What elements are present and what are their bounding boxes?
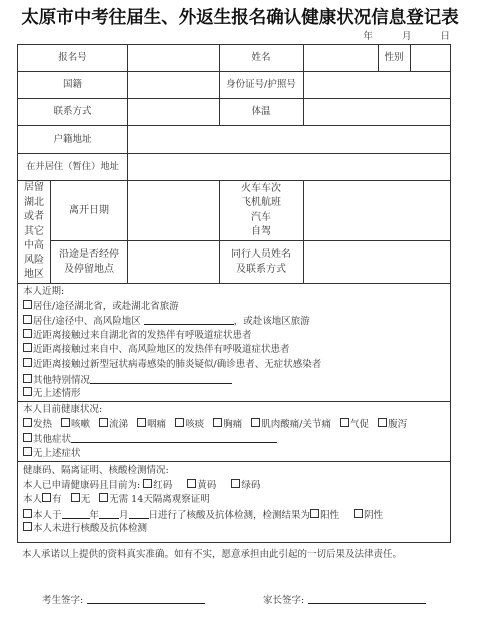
region-label-line: 居留	[24, 181, 44, 196]
isolation-prefix: 本人	[23, 494, 42, 505]
checkbox[interactable]	[23, 433, 32, 442]
isolation-none: 无	[81, 494, 91, 505]
isolation-not-needed: 无需	[109, 494, 128, 505]
code-red: 红码	[153, 480, 172, 491]
temperature-field[interactable]	[304, 99, 450, 125]
health-section: 本人目前健康状况: 发热 咳嗽 流涕 咽痛 咳痰 胸痛 肌肉酸痛/关节痛 气促 …	[23, 403, 407, 461]
departure-date-field[interactable]	[128, 181, 219, 240]
student-signature-label: 考生签字:	[42, 595, 83, 606]
result-negative: 阴性	[364, 510, 383, 521]
checkbox[interactable]	[99, 418, 108, 427]
region-label-line: 湖北	[24, 196, 44, 211]
transport-train: 火车车次	[241, 182, 281, 197]
label-reg-no: 报名号	[18, 45, 127, 71]
region-label-line: 地区	[24, 268, 44, 283]
recent-item: 近距离接触过来自中、高风险地区的发热伴有呼吸道症状患者	[33, 344, 290, 355]
no-test: 本人未进行核酸及抗体检测	[33, 523, 147, 534]
symptom-muscle-joint-pain: 肌肉酸痛/关节痛	[261, 419, 331, 430]
symptom-sore-throat: 咽痛	[147, 419, 166, 430]
nationality-field[interactable]	[128, 72, 219, 98]
registration-form: 报名号 姓名 性别 国籍 身份证号/护照号 联系方式 体温 户籍地址 在并居住（…	[17, 44, 451, 543]
label-temperature: 体温	[219, 99, 303, 125]
test-month-blank[interactable]	[99, 508, 119, 519]
form-title: 太原市中考往届生、外返生报名确认健康状况信息登记表	[0, 4, 480, 29]
symptom-chest-pain: 胸痛	[223, 419, 242, 430]
checkbox[interactable]	[213, 418, 222, 427]
checkbox[interactable]	[143, 479, 152, 488]
parent-signature-label: 家长签字:	[263, 595, 304, 606]
student-signature-line[interactable]	[87, 593, 205, 604]
result-positive: 阳性	[320, 510, 339, 521]
checkbox[interactable]	[187, 479, 196, 488]
gender-field[interactable]	[411, 45, 450, 71]
region-label-line: 或者	[24, 210, 44, 225]
date-year: 年	[363, 31, 373, 42]
checkbox[interactable]	[61, 418, 70, 427]
other-symptoms: 其他症状	[33, 434, 71, 445]
symptom-phlegm: 咳痰	[185, 419, 204, 430]
label-id-passport: 身份证号/护照号	[219, 72, 303, 98]
symptom-fever: 发热	[33, 419, 52, 430]
checkbox[interactable]	[23, 387, 32, 396]
checkbox[interactable]	[23, 418, 32, 427]
pledge-text: 本人承诺以上提供的资料真实准确。如有不实，愿意承担由此引起的一切后果及法律责任。	[22, 546, 402, 560]
test-prefix: 本人于	[33, 510, 62, 521]
health-code-label: 本人已申请健康码且目前为:	[23, 480, 140, 491]
checkbox[interactable]	[23, 522, 32, 531]
checkbox[interactable]	[231, 479, 240, 488]
no-symptoms: 无上述症状	[33, 448, 81, 459]
transport-field[interactable]	[304, 181, 450, 240]
checkbox[interactable]	[310, 509, 319, 518]
recent-item: 近距离接触过来自湖北省的发热伴有呼吸道症状患者	[33, 330, 252, 341]
parent-signature-line[interactable]	[308, 593, 426, 604]
test-year-label: 年	[90, 510, 100, 521]
checkbox[interactable]	[23, 315, 32, 324]
date-line: 年 月 日	[351, 28, 450, 42]
transport-bus: 汽车	[251, 211, 271, 226]
reg-no-field[interactable]	[128, 45, 219, 71]
codes-section: 健康码、隔离证明、核酸检测情况: 本人已申请健康码且目前为: 红码 黄码 绿码 …	[23, 464, 383, 537]
test-year-blank[interactable]	[62, 508, 90, 519]
checkbox[interactable]	[175, 418, 184, 427]
checkbox[interactable]	[99, 493, 108, 502]
contact-field[interactable]	[128, 99, 219, 125]
recent-item: 近距离接触过新型冠状病毒感染的肺炎疑似/确诊患者、无症状感染者	[33, 359, 321, 370]
label-name: 姓名	[219, 45, 303, 71]
date-month: 月	[402, 31, 412, 42]
parent-signature: 家长签字:	[263, 592, 426, 606]
checkbox[interactable]	[23, 447, 32, 456]
test-mid: 日进行了核酸及抗体检测，检测结果为	[149, 510, 311, 521]
label-stops: 沿途是否经停 及停留地点	[51, 241, 127, 283]
label-risk-region: 居留 湖北 或者 其它 中高 风险 地区	[18, 181, 50, 283]
recent-item: 其他特别情况	[33, 375, 90, 386]
symptom-shortness-of-breath: 气促	[350, 419, 369, 430]
student-signature: 考生签字:	[42, 592, 205, 606]
companions-field[interactable]	[304, 241, 450, 283]
region-label-line: 风险	[24, 254, 44, 269]
companions-line: 及联系方式	[236, 262, 286, 277]
label-transport: 火车车次 飞机航班 汽车 自驾	[219, 181, 303, 240]
stops-line: 沿途是否经停	[59, 247, 119, 262]
checkbox[interactable]	[23, 300, 32, 309]
isolation-suffix: 14天隔离观察证明	[131, 494, 210, 505]
label-residence-address: 在并居住（暂住）地址	[18, 154, 127, 180]
stops-line: 及停留地点	[64, 262, 114, 277]
recent-item: 居住/途径中、高风险地区	[33, 316, 141, 327]
code-yellow: 黄码	[197, 480, 216, 491]
label-gender: 性别	[378, 45, 410, 71]
other-symptoms-blank[interactable]	[71, 432, 277, 443]
id-passport-field[interactable]	[304, 72, 450, 98]
checkbox[interactable]	[42, 493, 51, 502]
recent-heading: 本人近期:	[23, 285, 321, 300]
recent-section: 本人近期: 居住/途径湖北省，或赴湖北省旅游 居住/途径中、高风险地区 ，或赴该…	[23, 285, 321, 402]
symptom-diarrhea: 腹泻	[388, 419, 407, 430]
symptom-runny-nose: 流涕	[109, 419, 128, 430]
region-blank[interactable]	[144, 314, 234, 325]
checkbox[interactable]	[23, 358, 32, 367]
checkbox[interactable]	[354, 509, 363, 518]
transport-flight: 飞机航班	[241, 196, 281, 211]
label-nationality: 国籍	[18, 72, 127, 98]
label-departure-date: 离开日期	[51, 181, 127, 240]
checkbox[interactable]	[137, 418, 146, 427]
stops-field[interactable]	[128, 241, 219, 283]
row-divider	[18, 283, 450, 284]
checkbox[interactable]	[23, 509, 32, 518]
checkbox[interactable]	[251, 418, 260, 427]
other-situation-blank[interactable]	[90, 373, 232, 384]
residence-address-field[interactable]	[128, 154, 450, 180]
recent-item: 居住/途径湖北省，或赴湖北省旅游	[33, 301, 179, 312]
checkbox[interactable]	[23, 374, 32, 383]
health-heading: 本人目前健康状况:	[23, 403, 407, 418]
region-label-line: 其它	[24, 225, 44, 240]
household-address-field[interactable]	[128, 126, 450, 153]
label-contact: 联系方式	[18, 99, 127, 125]
recent-item-suffix: ，或赴该地区旅游	[234, 316, 310, 327]
transport-self-drive: 自驾	[251, 225, 271, 240]
test-day-blank[interactable]	[129, 508, 149, 519]
label-household-address: 户籍地址	[18, 126, 127, 153]
checkbox[interactable]	[378, 418, 387, 427]
name-field[interactable]	[304, 45, 378, 71]
companions-line: 同行人员姓名	[231, 247, 291, 262]
code-green: 绿码	[241, 480, 260, 491]
test-month-label: 月	[119, 510, 129, 521]
label-companions: 同行人员姓名 及联系方式	[219, 241, 303, 283]
checkbox[interactable]	[23, 329, 32, 338]
symptom-cough: 咳嗽	[71, 419, 90, 430]
checkbox[interactable]	[340, 418, 349, 427]
checkbox[interactable]	[71, 493, 80, 502]
date-day: 日	[440, 31, 450, 42]
recent-item: 无上述情形	[33, 388, 81, 399]
region-label-line: 中高	[24, 239, 44, 254]
isolation-have: 有	[52, 494, 62, 505]
checkbox[interactable]	[23, 343, 32, 352]
codes-heading: 健康码、隔离证明、核酸检测情况:	[23, 464, 383, 479]
